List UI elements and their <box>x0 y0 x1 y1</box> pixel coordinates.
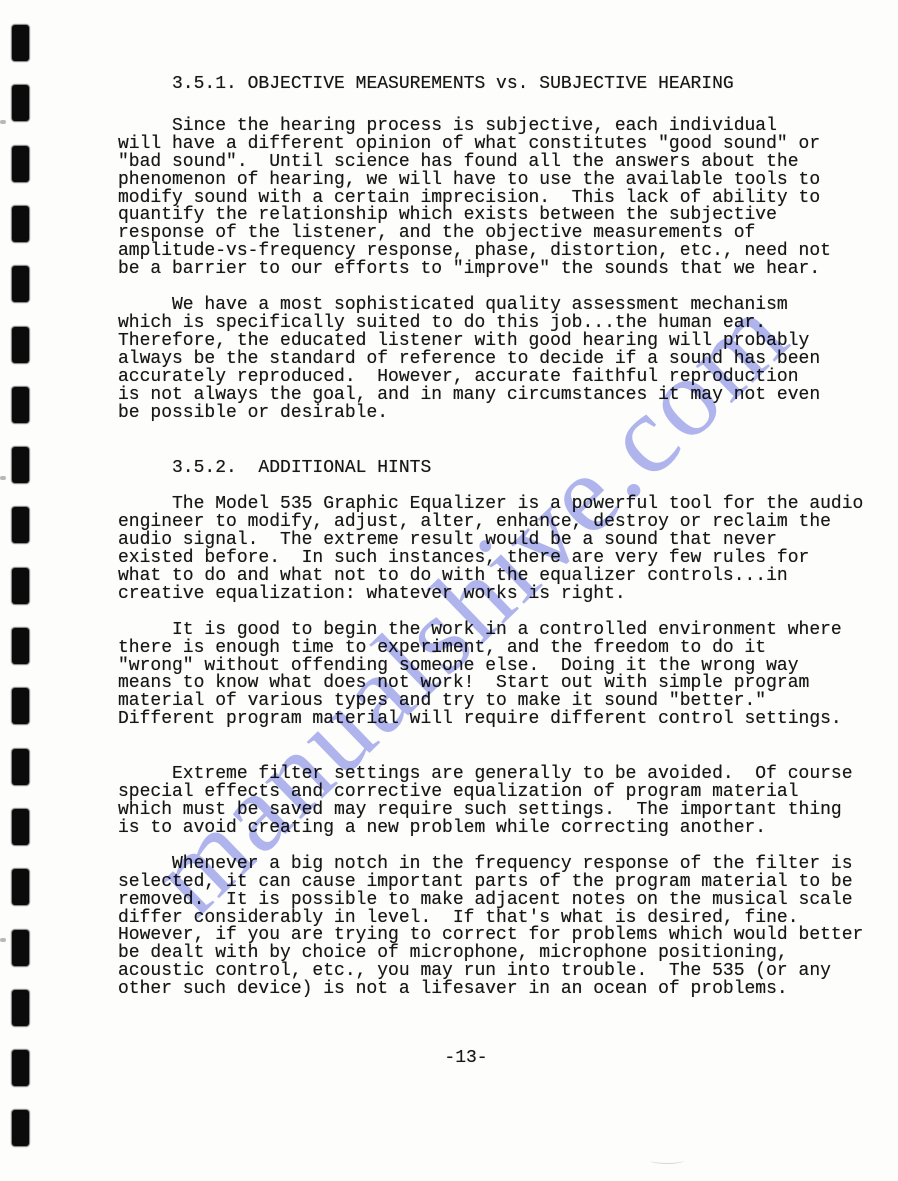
binding-hole <box>12 1110 29 1146</box>
scan-smudge-artifact <box>650 1157 684 1164</box>
section-heading: 3.5.2. ADDITIONAL HINTS <box>118 460 880 478</box>
binding-hole <box>12 688 29 724</box>
body-paragraph: Whenever a big notch in the frequency re… <box>118 856 880 999</box>
binding-hole <box>12 990 29 1026</box>
binding-hole <box>12 206 29 242</box>
binding-hole <box>12 25 29 61</box>
binding-hole <box>12 146 29 182</box>
page-number: -13- <box>418 1048 514 1068</box>
binding-hole <box>12 568 29 604</box>
body-paragraph: We have a most sophisticated quality ass… <box>118 297 880 422</box>
binding-hole <box>12 809 29 845</box>
binding-hole <box>12 85 29 121</box>
scanned-page: manualshive.com 3.5.1. OBJECTIVE MEASURE… <box>0 0 898 1181</box>
binding-strip <box>0 0 48 1181</box>
binding-hole <box>12 930 29 966</box>
binding-hole <box>12 266 29 302</box>
binding-hole <box>12 749 29 785</box>
document-body: 3.5.1. OBJECTIVE MEASUREMENTS vs. SUBJEC… <box>118 76 880 999</box>
binding-hole <box>12 1050 29 1086</box>
binding-hole <box>12 447 29 483</box>
binding-hole <box>12 507 29 543</box>
binding-hole <box>12 628 29 664</box>
body-paragraph: Since the hearing process is subjective,… <box>118 118 880 279</box>
binding-hole <box>12 387 29 423</box>
binding-hole <box>12 327 29 363</box>
body-paragraph: Extreme filter settings are generally to… <box>118 766 880 838</box>
body-paragraph: It is good to begin the work in a contro… <box>118 622 880 729</box>
binding-hole <box>12 869 29 905</box>
body-paragraph: The Model 535 Graphic Equalizer is a pow… <box>118 496 880 603</box>
section-heading: 3.5.1. OBJECTIVE MEASUREMENTS vs. SUBJEC… <box>118 76 880 94</box>
